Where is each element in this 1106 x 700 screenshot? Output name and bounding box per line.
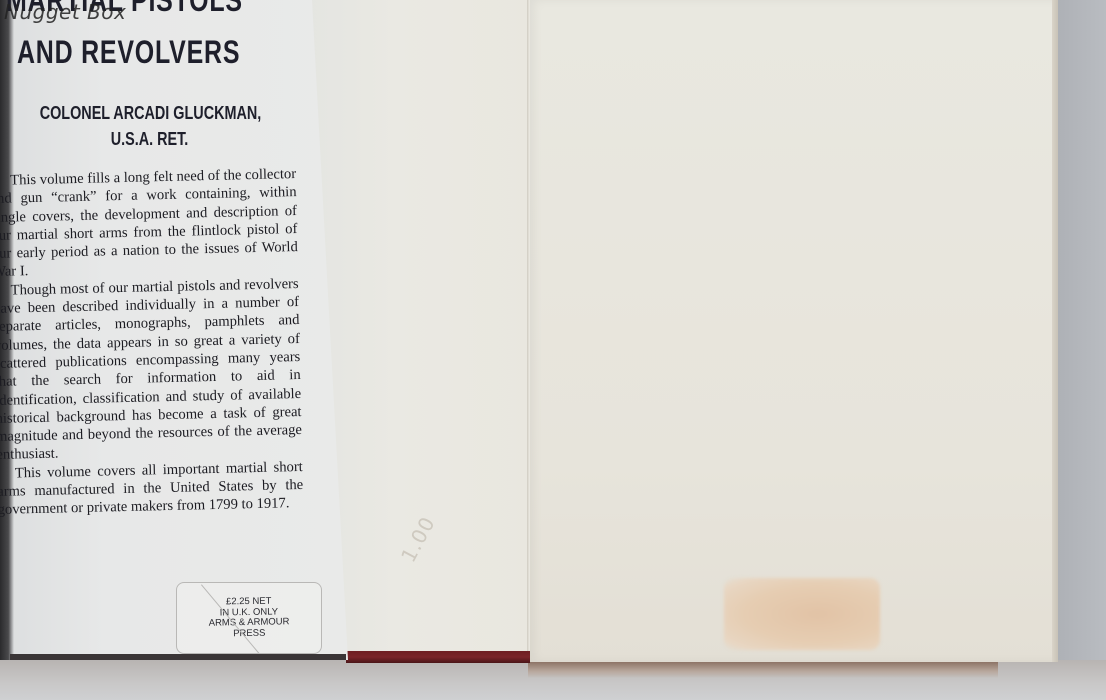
title-line-2: AND REVOLVERS — [17, 34, 240, 71]
flap-blurb: This volume fills a long felt need of th… — [0, 165, 304, 519]
author-credit: COLONEL ARCADI GLUCKMAN, U.S.A. RET. — [0, 100, 300, 152]
background-wall — [1058, 0, 1106, 700]
blurb-paragraph-3: This volume covers all important martial… — [0, 458, 304, 520]
blurb-paragraph-1: This volume fills a long felt need of th… — [0, 165, 298, 282]
page-edge — [1052, 0, 1058, 662]
price-line-4: PRESS — [177, 627, 321, 640]
red-cloth-board-edge — [346, 651, 530, 663]
watermark-text: Nugget Box — [4, 0, 126, 24]
author-line-1: COLONEL ARCADI GLUCKMAN, — [39, 100, 261, 126]
dust-jacket-flap: MARTIAL PISTOLS AND REVOLVERS COLONEL AR… — [0, 0, 348, 660]
front-endpaper-page — [528, 0, 1058, 662]
book-photo: 1.00 MARTIAL PISTOLS AND REVOLVERS COLON… — [0, 0, 1106, 700]
price-sticker-text: £2.25 NET IN U.K. ONLY ARMS & ARMOUR PRE… — [177, 596, 322, 641]
flap-bottom-edge — [10, 654, 346, 660]
book-gutter — [527, 0, 529, 662]
price-sticker: £2.25 NET IN U.K. ONLY ARMS & ARMOUR PRE… — [176, 582, 322, 654]
removed-price-label-stain — [724, 578, 880, 650]
author-line-2: U.S.A. RET. — [111, 126, 189, 152]
blurb-paragraph-2: Though most of our martial pistols and r… — [0, 275, 303, 465]
page-shadow — [528, 662, 998, 678]
